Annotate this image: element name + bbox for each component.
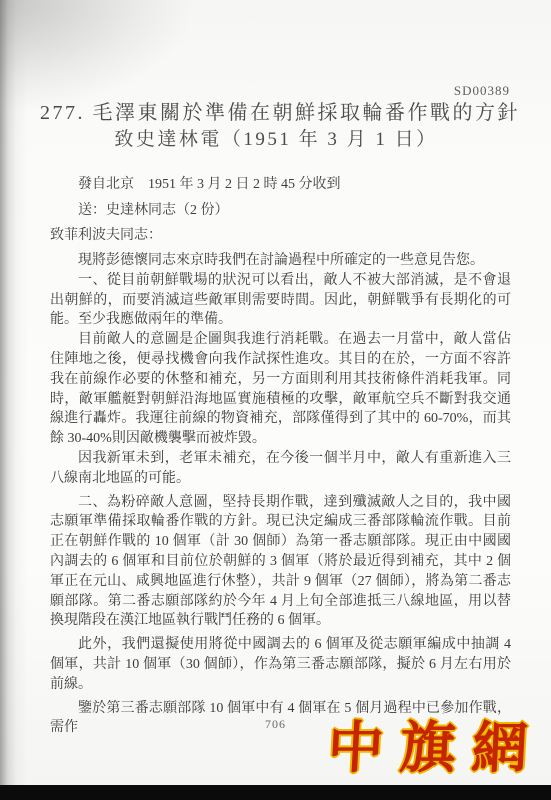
document-title-line2: 致史達林電（1951 年 3 月 1 日） bbox=[40, 127, 512, 153]
scanned-page: SD00389 277. 毛澤東關於準備在朝鮮採取輪番作戰的方針 致史達林電（1… bbox=[0, 0, 551, 800]
origin-line: 發自北京 1951 年 3 月 2 日 2 時 45 分收到 bbox=[50, 172, 512, 198]
body-paragraph: 現將彭德懷同志來京時我們在討論過程中所確定的一些意見告您。 bbox=[50, 251, 511, 271]
body-paragraph: 一、從目前朝鮮戰場的狀況可以看出，敵人不被大部消滅，是不會退出朝鮮的，而要消滅這… bbox=[50, 271, 511, 330]
archive-number: SD00389 bbox=[0, 83, 510, 99]
document-title-line1: 277. 毛澤東關於準備在朝鮮採取輪番作戰的方針 bbox=[40, 100, 512, 127]
scan-left-shadow bbox=[0, 0, 28, 785]
recipient-line: 送：史達林同志（2 份） bbox=[50, 198, 512, 224]
body-paragraph: 因我新軍未到，老軍未補充，在今後一個半月中，敵人有重新進入三八線南北地區的可能。 bbox=[50, 449, 511, 489]
salutation-line: 致菲利波夫同志： bbox=[50, 223, 512, 249]
document-title: 277. 毛澤東關於準備在朝鮮採取輪番作戰的方針 致史達林電（1951 年 3 … bbox=[40, 100, 512, 153]
scan-bottom-edge bbox=[0, 785, 551, 800]
site-watermark: 中旗網 bbox=[326, 704, 546, 784]
body-paragraph: 此外，我們還擬使用將從中國調去的 6 個軍及從志願軍編成中抽調 4 個軍，共計 … bbox=[50, 635, 511, 694]
telegram-body: 現將彭德懷同志來京時我們在討論過程中所確定的一些意見告您。 一、從目前朝鮮戰場的… bbox=[50, 251, 511, 738]
body-paragraph: 二、為粉碎敵人意圖，堅持長期作戰，達到殲滅敵人之目的，我中國志願軍準備採取輪番作… bbox=[50, 493, 511, 632]
telegram-meta: 發自北京 1951 年 3 月 2 日 2 時 45 分收到 送：史達林同志（2… bbox=[50, 172, 512, 249]
body-paragraph: 目前敵人的意圖是企圖與我進行消耗戰。在過去一月當中，敵人當佔住陣地之後，便尋找機… bbox=[50, 330, 511, 449]
